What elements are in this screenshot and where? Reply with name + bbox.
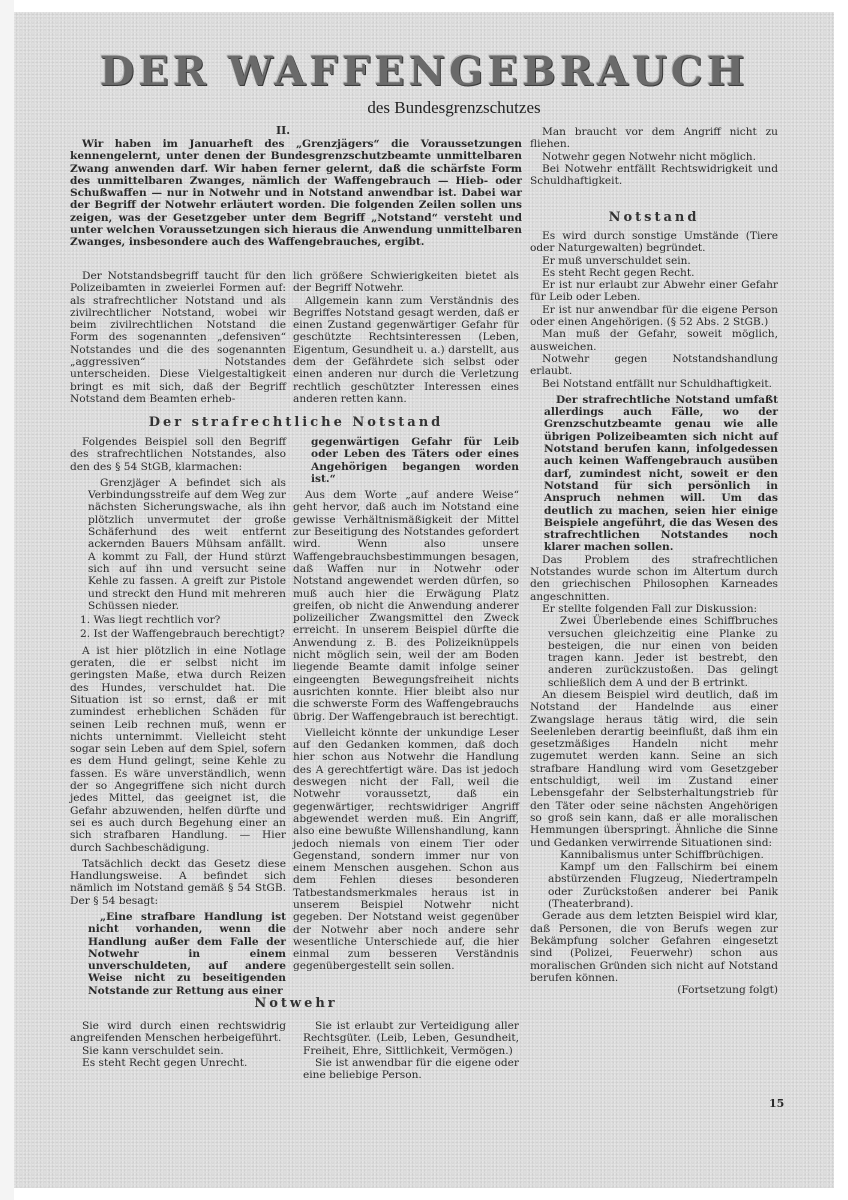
notwehr-item: Notwehr gegen Notwehr nicht möglich.	[530, 151, 778, 163]
scan-margin	[0, 0, 14, 1200]
paragraph: Folgendes Beispiel soll den Begriff des …	[70, 436, 286, 473]
page-number: 15	[769, 1097, 784, 1110]
law-quote: „Eine strafbare Handlung ist nicht vorha…	[88, 911, 286, 997]
paragraph: A ist hier plötzlich in eine Notlage ger…	[70, 645, 286, 854]
column-2-middle: gegenwärtigen Gefahr für Leib oder Leben…	[293, 436, 519, 973]
example-paragraph: Grenzjäger A befindet sich als Verbindun…	[88, 477, 286, 612]
intro-paragraph: Wir haben im Januarheft des „Grenzjägers…	[70, 138, 522, 249]
paragraph: Gerade aus dem letzten Beispiel wird kla…	[530, 910, 778, 984]
paragraph: Vielleicht könnte der unkundige Leser au…	[293, 727, 519, 973]
notwehr-item: Sie kann verschuldet sein.	[70, 1045, 286, 1057]
notstand-item: Er ist nur anwendbar für die eigene Pers…	[530, 304, 778, 329]
notstand-item: Notwehr gegen Notstandshandlung erlaubt.	[530, 353, 778, 378]
paragraph: Er stellte folgenden Fall zur Diskussion…	[530, 603, 778, 615]
paragraph: Allgemein kann zum Verständnis des Begri…	[293, 295, 519, 406]
notwehr-left-column: Sie wird durch einen rechtswidrig angrei…	[70, 1020, 286, 1069]
heading-strafrechtlicher-notstand: Der strafrechtliche Notstand	[70, 415, 522, 430]
paragraph: Aus dem Worte „auf andere Weise“ geht he…	[293, 489, 519, 723]
paragraph: Tatsächlich deckt das Gesetz diese Handl…	[70, 858, 286, 907]
notwehr-right-column: Sie ist erlaubt zur Verteidigung aller R…	[303, 1020, 519, 1081]
notstand-item: Er muß unverschuldet sein.	[530, 255, 778, 267]
notstand-list: Es wird durch sonstige Umstände (Tiere o…	[530, 230, 778, 996]
intro-text: Wir haben im Januarheft des „Grenzjägers…	[70, 138, 522, 249]
notwehr-item: Sie ist erlaubt zur Verteidigung aller R…	[303, 1020, 519, 1057]
paragraph: Das Problem des strafrechtlichen Notstan…	[530, 554, 778, 603]
question-2: 2. Ist der Waffengebrauch berechtigt?	[70, 628, 286, 640]
paragraph: Der Notstandsbegriff taucht für den Poli…	[70, 270, 286, 405]
example-paragraph: Zwei Überlebende eines Schiffbruches ver…	[548, 615, 778, 689]
notwehr-item: Es steht Recht gegen Unrecht.	[70, 1057, 286, 1069]
article-title: DER WAFFENGEBRAUCH	[0, 48, 848, 95]
column-3: Man braucht vor dem Angriff nicht zu fli…	[530, 126, 778, 187]
notwehr-item: Bei Notwehr entfällt Rechtswidrigkeit un…	[530, 163, 778, 188]
paragraph: An diesem Beispiel wird deutlich, daß im…	[530, 689, 778, 849]
notstand-item: Er ist nur erlaubt zur Abwehr einer Gefa…	[530, 279, 778, 304]
law-quote-continued: gegenwärtigen Gefahr für Leib oder Leben…	[311, 436, 519, 485]
notwehr-item: Man braucht vor dem Angriff nicht zu fli…	[530, 126, 778, 151]
notstand-item: Bei Notstand entfällt nur Schuldhaftigke…	[530, 378, 778, 390]
question-1: 1. Was liegt rechtlich vor?	[70, 614, 286, 626]
continued-note: (Fortsetzung folgt)	[530, 984, 778, 996]
column-2-top: lich größere Schwierigkeiten bietet als …	[293, 270, 519, 405]
notstand-item: Es wird durch sonstige Umstände (Tiere o…	[530, 230, 778, 255]
heading-notwehr: Notwehr	[70, 996, 522, 1011]
notstand-item: Es steht Recht gegen Recht.	[530, 267, 778, 279]
column-1-middle: Folgendes Beispiel soll den Begriff des …	[70, 436, 286, 997]
boxed-note: Der strafrechtliche Notstand umfaßt alle…	[544, 394, 778, 554]
notwehr-item: Sie wird durch einen rechtswidrig angrei…	[70, 1020, 286, 1045]
notwehr-item: Sie ist anwendbar für die eigene oder ei…	[303, 1057, 519, 1082]
example-item: Kannibalismus unter Schiffbrüchigen.	[548, 849, 778, 861]
section-number: II.	[276, 124, 290, 137]
example-item: Kampf um den Fallschirm bei einem abstür…	[548, 861, 778, 910]
column-1-top: Der Notstandsbegriff taucht für den Poli…	[70, 270, 286, 405]
heading-notstand: Notstand	[530, 210, 778, 225]
paragraph: lich größere Schwierigkeiten bietet als …	[293, 270, 519, 295]
notstand-item: Man muß der Gefahr, soweit möglich, ausw…	[530, 328, 778, 353]
article-subtitle: des Bundesgrenzschutzes	[0, 98, 848, 118]
